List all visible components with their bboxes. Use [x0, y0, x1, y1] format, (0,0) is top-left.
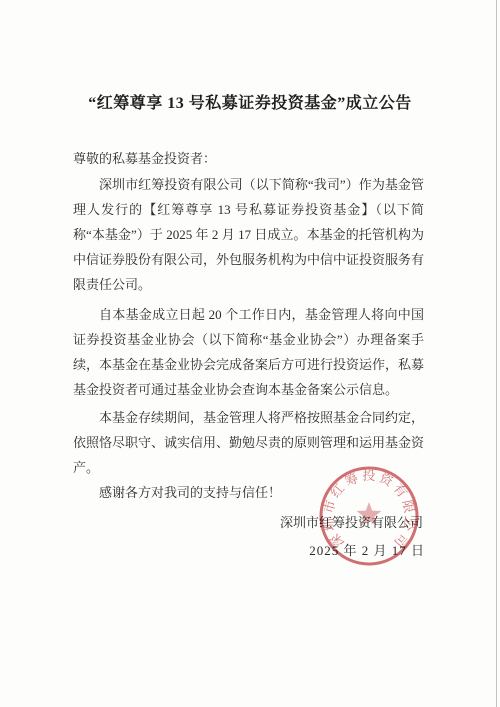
letter-body: 尊敬的私募基金投资者： 深圳市红筹投资有限公司（以下简称“我司”）作为基金管理人…	[73, 146, 424, 505]
salutation: 尊敬的私募基金投资者：	[73, 146, 424, 171]
paragraph-establishment: 深圳市红筹投资有限公司（以下简称“我司”）作为基金管理人发行的【红筹尊享 13 …	[73, 172, 424, 297]
seal-star-icon	[357, 502, 382, 526]
document-page: “红筹尊享 13 号私募证券投资基金”成立公告 尊敬的私募基金投资者： 深圳市红…	[0, 0, 500, 707]
document-title: “红筹尊享 13 号私募证券投资基金”成立公告	[0, 90, 500, 113]
scan-edge-artifact	[496, 0, 497, 707]
company-seal-stamp: 深圳市红筹投资有限公司	[313, 460, 425, 572]
paragraph-filing: 自本基金成立日起 20 个工作日内，基金管理人将向中国证券投资基金业协会（以下简…	[73, 302, 424, 402]
